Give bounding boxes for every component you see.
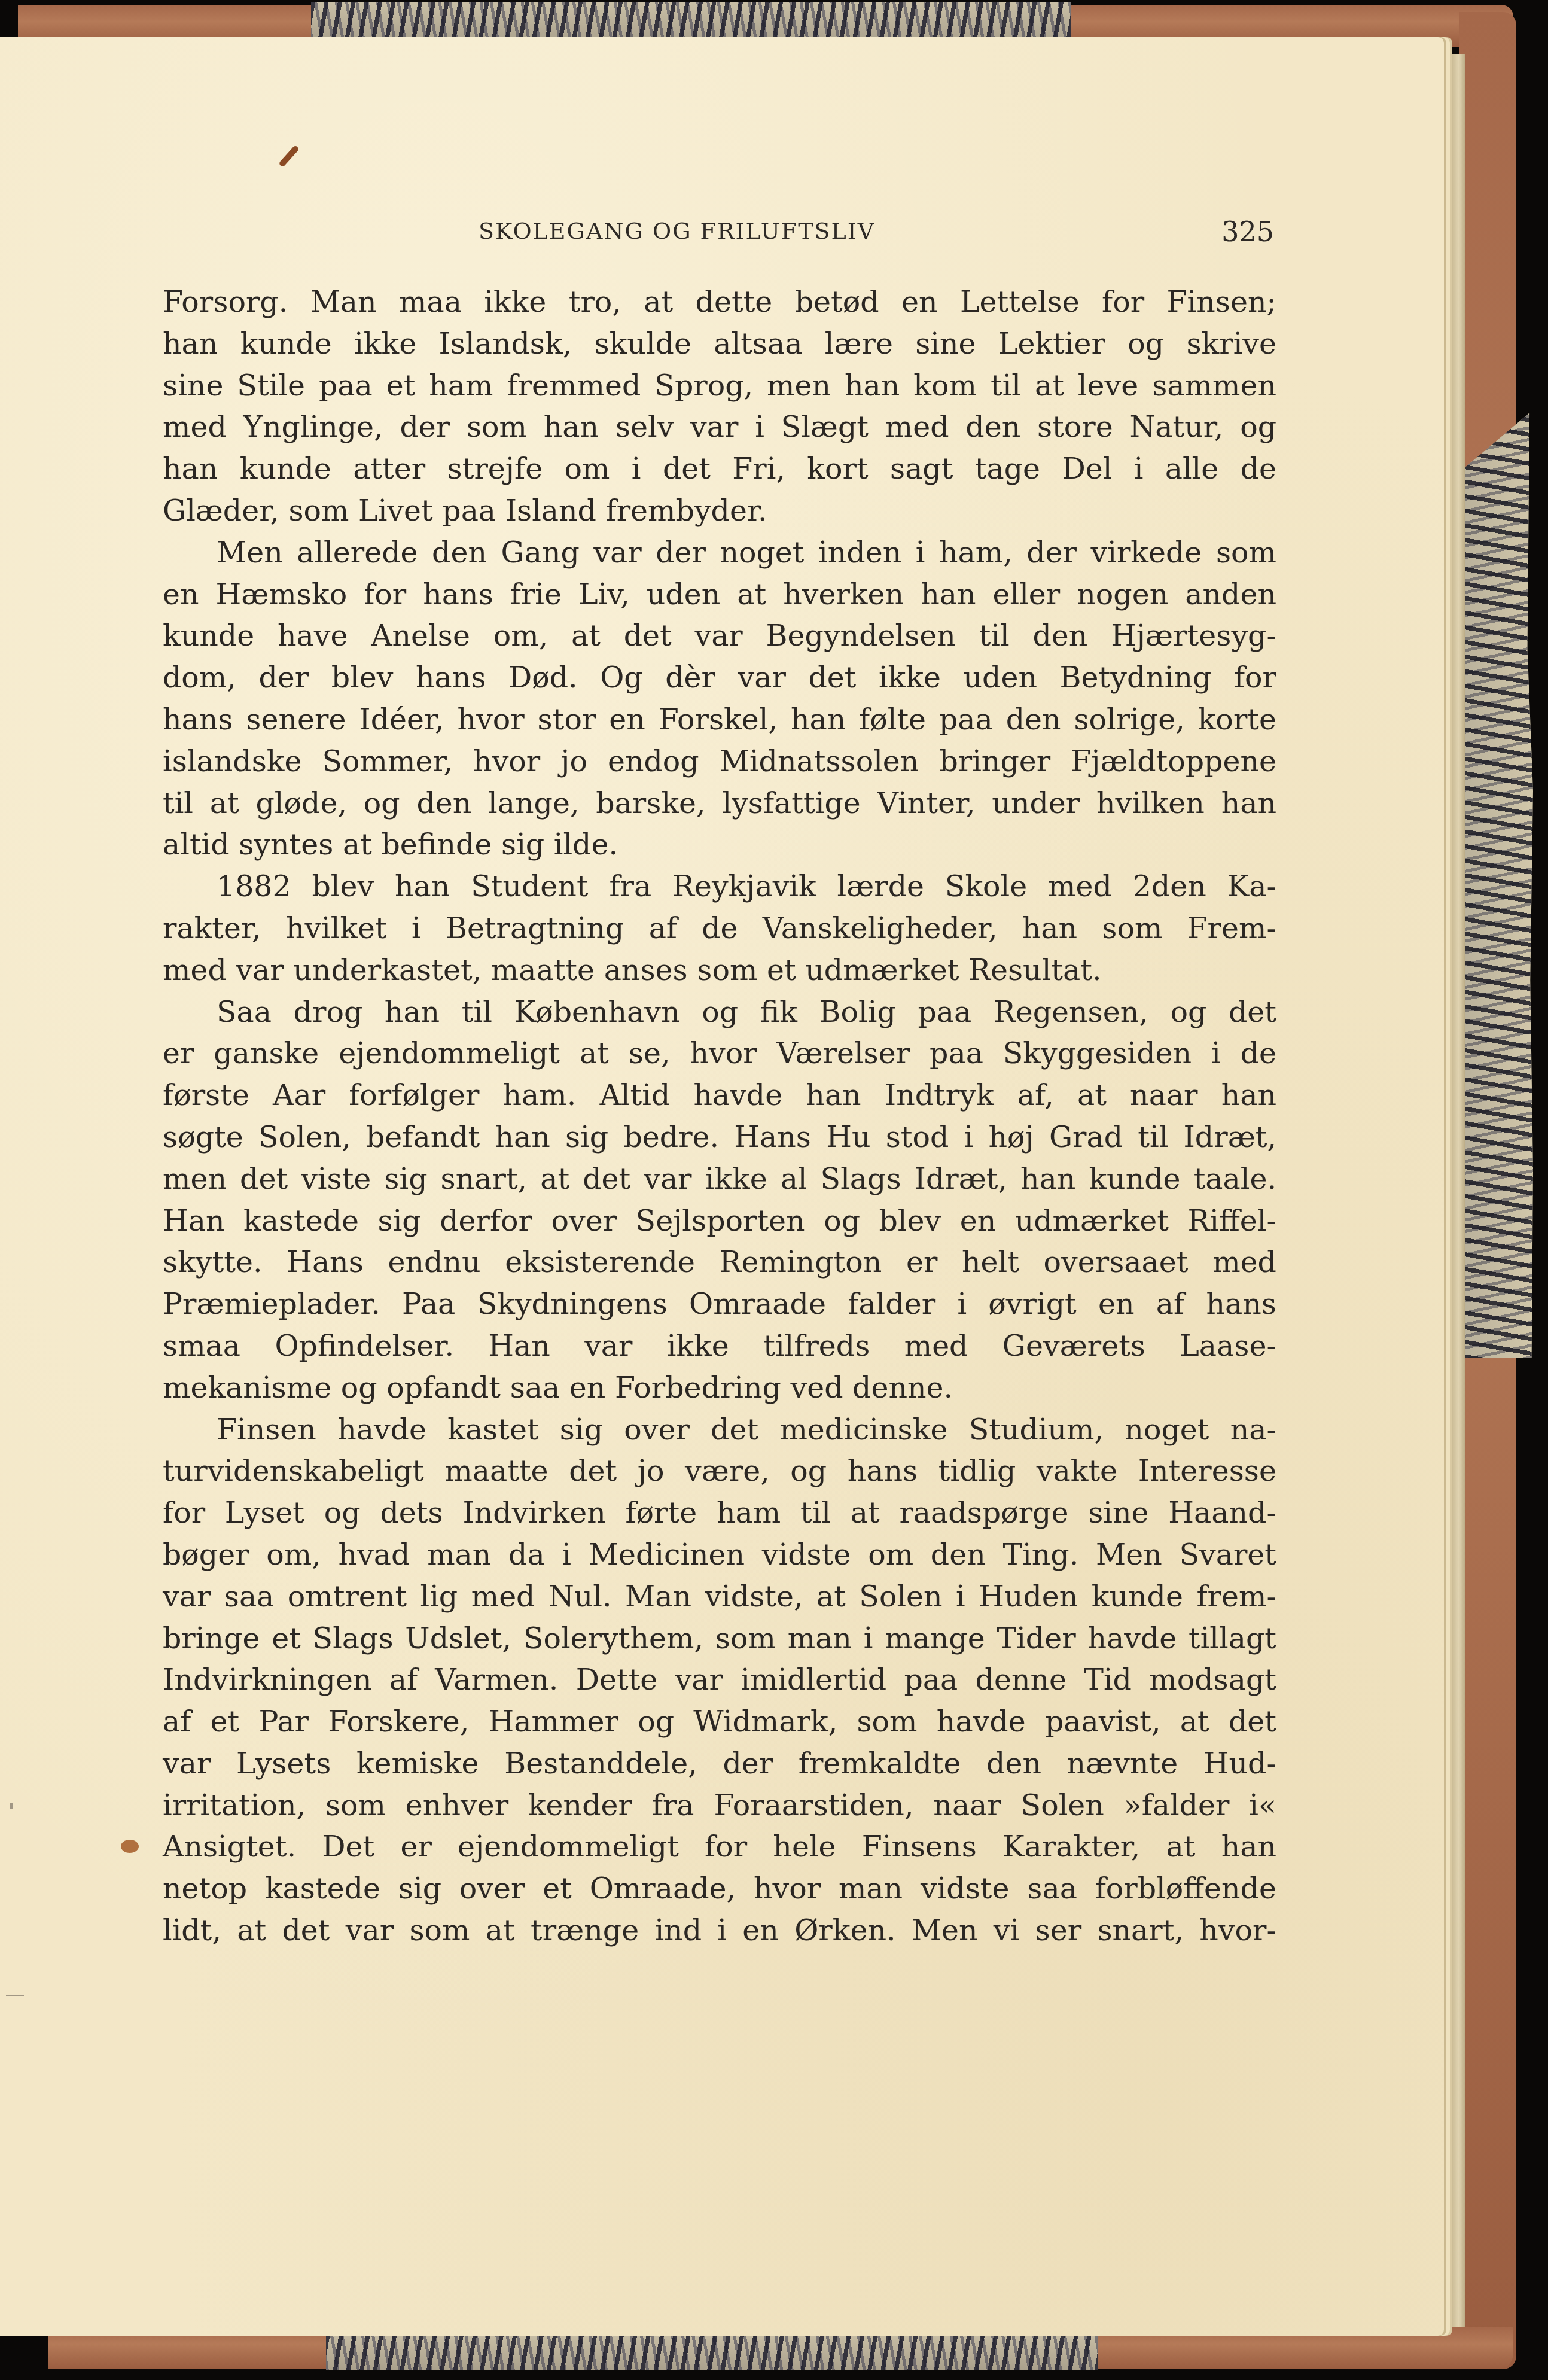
text-line: irritation, som enhver kender fra Foraar… (163, 1785, 1276, 1827)
page-number: 325 (1221, 215, 1274, 248)
ink-stain-margin (121, 1840, 139, 1853)
text-line: søgte Solen, befandt han sig bedre. Hans… (163, 1116, 1276, 1158)
pencil-mark-margin-2 (6, 1995, 24, 1996)
text-line: bøger om, hvad man da i Medicinen vidste… (163, 1534, 1276, 1576)
text-line: smaa Opfindelser. Han var ikke tilfreds … (163, 1325, 1276, 1367)
text-line: Men allerede den Gang var der noget inde… (163, 532, 1276, 574)
text-line: han kunde ikke Islandsk, skulde altsaa l… (163, 323, 1276, 365)
pencil-mark-margin (10, 1803, 13, 1809)
body-text: Forsorg. Man maa ikke tro, at dette betø… (163, 281, 1276, 1952)
right-marbled-paper (1462, 413, 1533, 1358)
text-line: Indvirkningen af Varmen. Dette var imidl… (163, 1659, 1276, 1701)
text-line: 1882 blev han Student fra Reykjavik lærd… (163, 866, 1276, 908)
text-line: Saa drog han til København og fik Bolig … (163, 991, 1276, 1033)
text-line: bringe et Slags Udslet, Solerythem, som … (163, 1618, 1276, 1660)
text-line: kunde have Anelse om, at det var Begynde… (163, 615, 1276, 657)
text-line: netop kastede sig over et Omraade, hvor … (163, 1868, 1276, 1910)
text-line: med Ynglinge, der som han selv var i Slæ… (163, 406, 1276, 448)
text-line: Præmieplader. Paa Skydningens Omraade fa… (163, 1283, 1276, 1325)
text-line: første Aar forfølger ham. Altid havde ha… (163, 1075, 1276, 1116)
text-line: lidt, at det var som at trænge ind i en … (163, 1910, 1276, 1952)
text-line: turvidenskabeligt maatte det jo være, og… (163, 1450, 1276, 1492)
text-line: sine Stile paa et ham fremmed Sprog, men… (163, 365, 1276, 407)
text-line: skytte. Hans endnu eksisterende Remingto… (163, 1241, 1276, 1283)
text-line: med var underkastet, maatte anses som et… (163, 949, 1276, 991)
text-line: islandske Sommer, hvor jo endog Midnatss… (163, 741, 1276, 783)
running-head: SKOLEGANG OG FRILUFTSLIV 325 (161, 215, 1274, 251)
text-line: en Hæmsko for hans frie Liv, uden at hve… (163, 574, 1276, 616)
bottom-marbled-paper (326, 2333, 1098, 2370)
text-line: Glæder, som Livet paa Island frembyder. (163, 490, 1276, 532)
text-line: Finsen havde kastet sig over det medicin… (163, 1409, 1276, 1451)
text-line: til at gløde, og den lange, barske, lysf… (163, 783, 1276, 824)
text-line: var Lysets kemiske Bestanddele, der frem… (163, 1743, 1276, 1785)
text-line: rakter, hvilket i Betragtning af de Vans… (163, 908, 1276, 949)
text-line: mekanisme og opfandt saa en Forbedring v… (163, 1367, 1276, 1409)
text-line: Forsorg. Man maa ikke tro, at dette betø… (163, 281, 1276, 323)
text-line: altid syntes at befinde sig ilde. (163, 824, 1276, 866)
text-line: for Lyset og dets Indvirken førte ham ti… (163, 1492, 1276, 1534)
text-line: dom, der blev hans Død. Og dèr var det i… (163, 657, 1276, 699)
text-line: Ansigtet. Det er ejendommeligt for hele … (163, 1826, 1276, 1868)
text-line: er ganske ejendommeligt at se, hvor Være… (163, 1033, 1276, 1075)
running-title: SKOLEGANG OG FRILUFTSLIV (479, 218, 875, 244)
page-edge-shadow (1452, 54, 1465, 2327)
text-line: var saa omtrent lig med Nul. Man vidste,… (163, 1576, 1276, 1618)
text-line: hans senere Idéer, hvor stor en Forskel,… (163, 699, 1276, 741)
text-line: af et Par Forskere, Hammer og Widmark, s… (163, 1701, 1276, 1743)
text-line: men det viste sig snart, at det var ikke… (163, 1158, 1276, 1200)
text-line: han kunde atter strejfe om i det Fri, ko… (163, 448, 1276, 490)
text-line: Han kastede sig derfor over Sejlsporten … (163, 1200, 1276, 1242)
